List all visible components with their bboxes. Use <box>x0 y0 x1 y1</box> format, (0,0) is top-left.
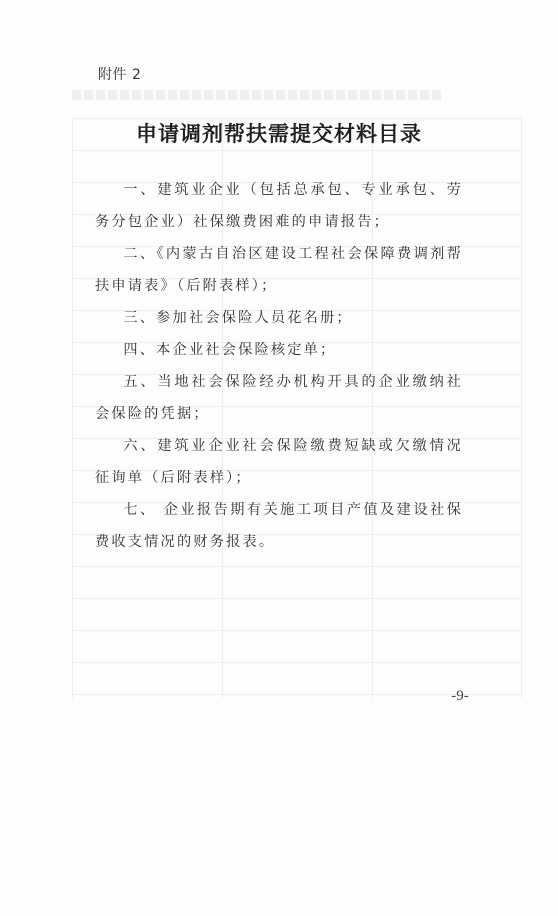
bleed-line <box>72 598 522 599</box>
document-page: 附件 2 申请调剂帮扶需提交材料目录 一、建筑业企业（包括总承包、专业承包、劳务… <box>0 0 558 916</box>
list-item: 三、参加社会保险人员花名册； <box>95 302 463 334</box>
bleed-col <box>521 118 522 698</box>
bleed-line <box>72 630 522 631</box>
list-item: 二、《内蒙古自治区建设工程社会保障费调剂帮扶申请表》（后附表样）； <box>95 238 463 302</box>
document-title: 申请调剂帮扶需提交材料目录 <box>0 118 558 148</box>
bleed-line <box>72 150 522 151</box>
bleed-line <box>72 566 522 567</box>
attachment-label: 附件 2 <box>98 64 141 84</box>
bleed-line <box>72 662 522 663</box>
list-item: 四、本企业社会保险核定单； <box>95 334 463 366</box>
page-number: -9- <box>440 688 480 705</box>
list-item: 七、 企业报告期有关施工项目产值及建设社保费收支情况的财务报表。 <box>95 494 463 558</box>
list-item: 一、建筑业企业（包括总承包、专业承包、劳务分包企业）社保缴费困难的申请报告； <box>95 174 463 238</box>
list-item: 六、建筑业企业社会保险缴费短缺或欠缴情况征询单（后附表样）； <box>95 430 463 494</box>
list-item: 五、当地社会保险经办机构开具的企业缴纳社会保险的凭据； <box>95 366 463 430</box>
materials-list: 一、建筑业企业（包括总承包、专业承包、劳务分包企业）社保缴费困难的申请报告； 二… <box>95 174 463 558</box>
bleed-title-shadow <box>72 90 442 100</box>
bleed-col <box>72 118 73 698</box>
